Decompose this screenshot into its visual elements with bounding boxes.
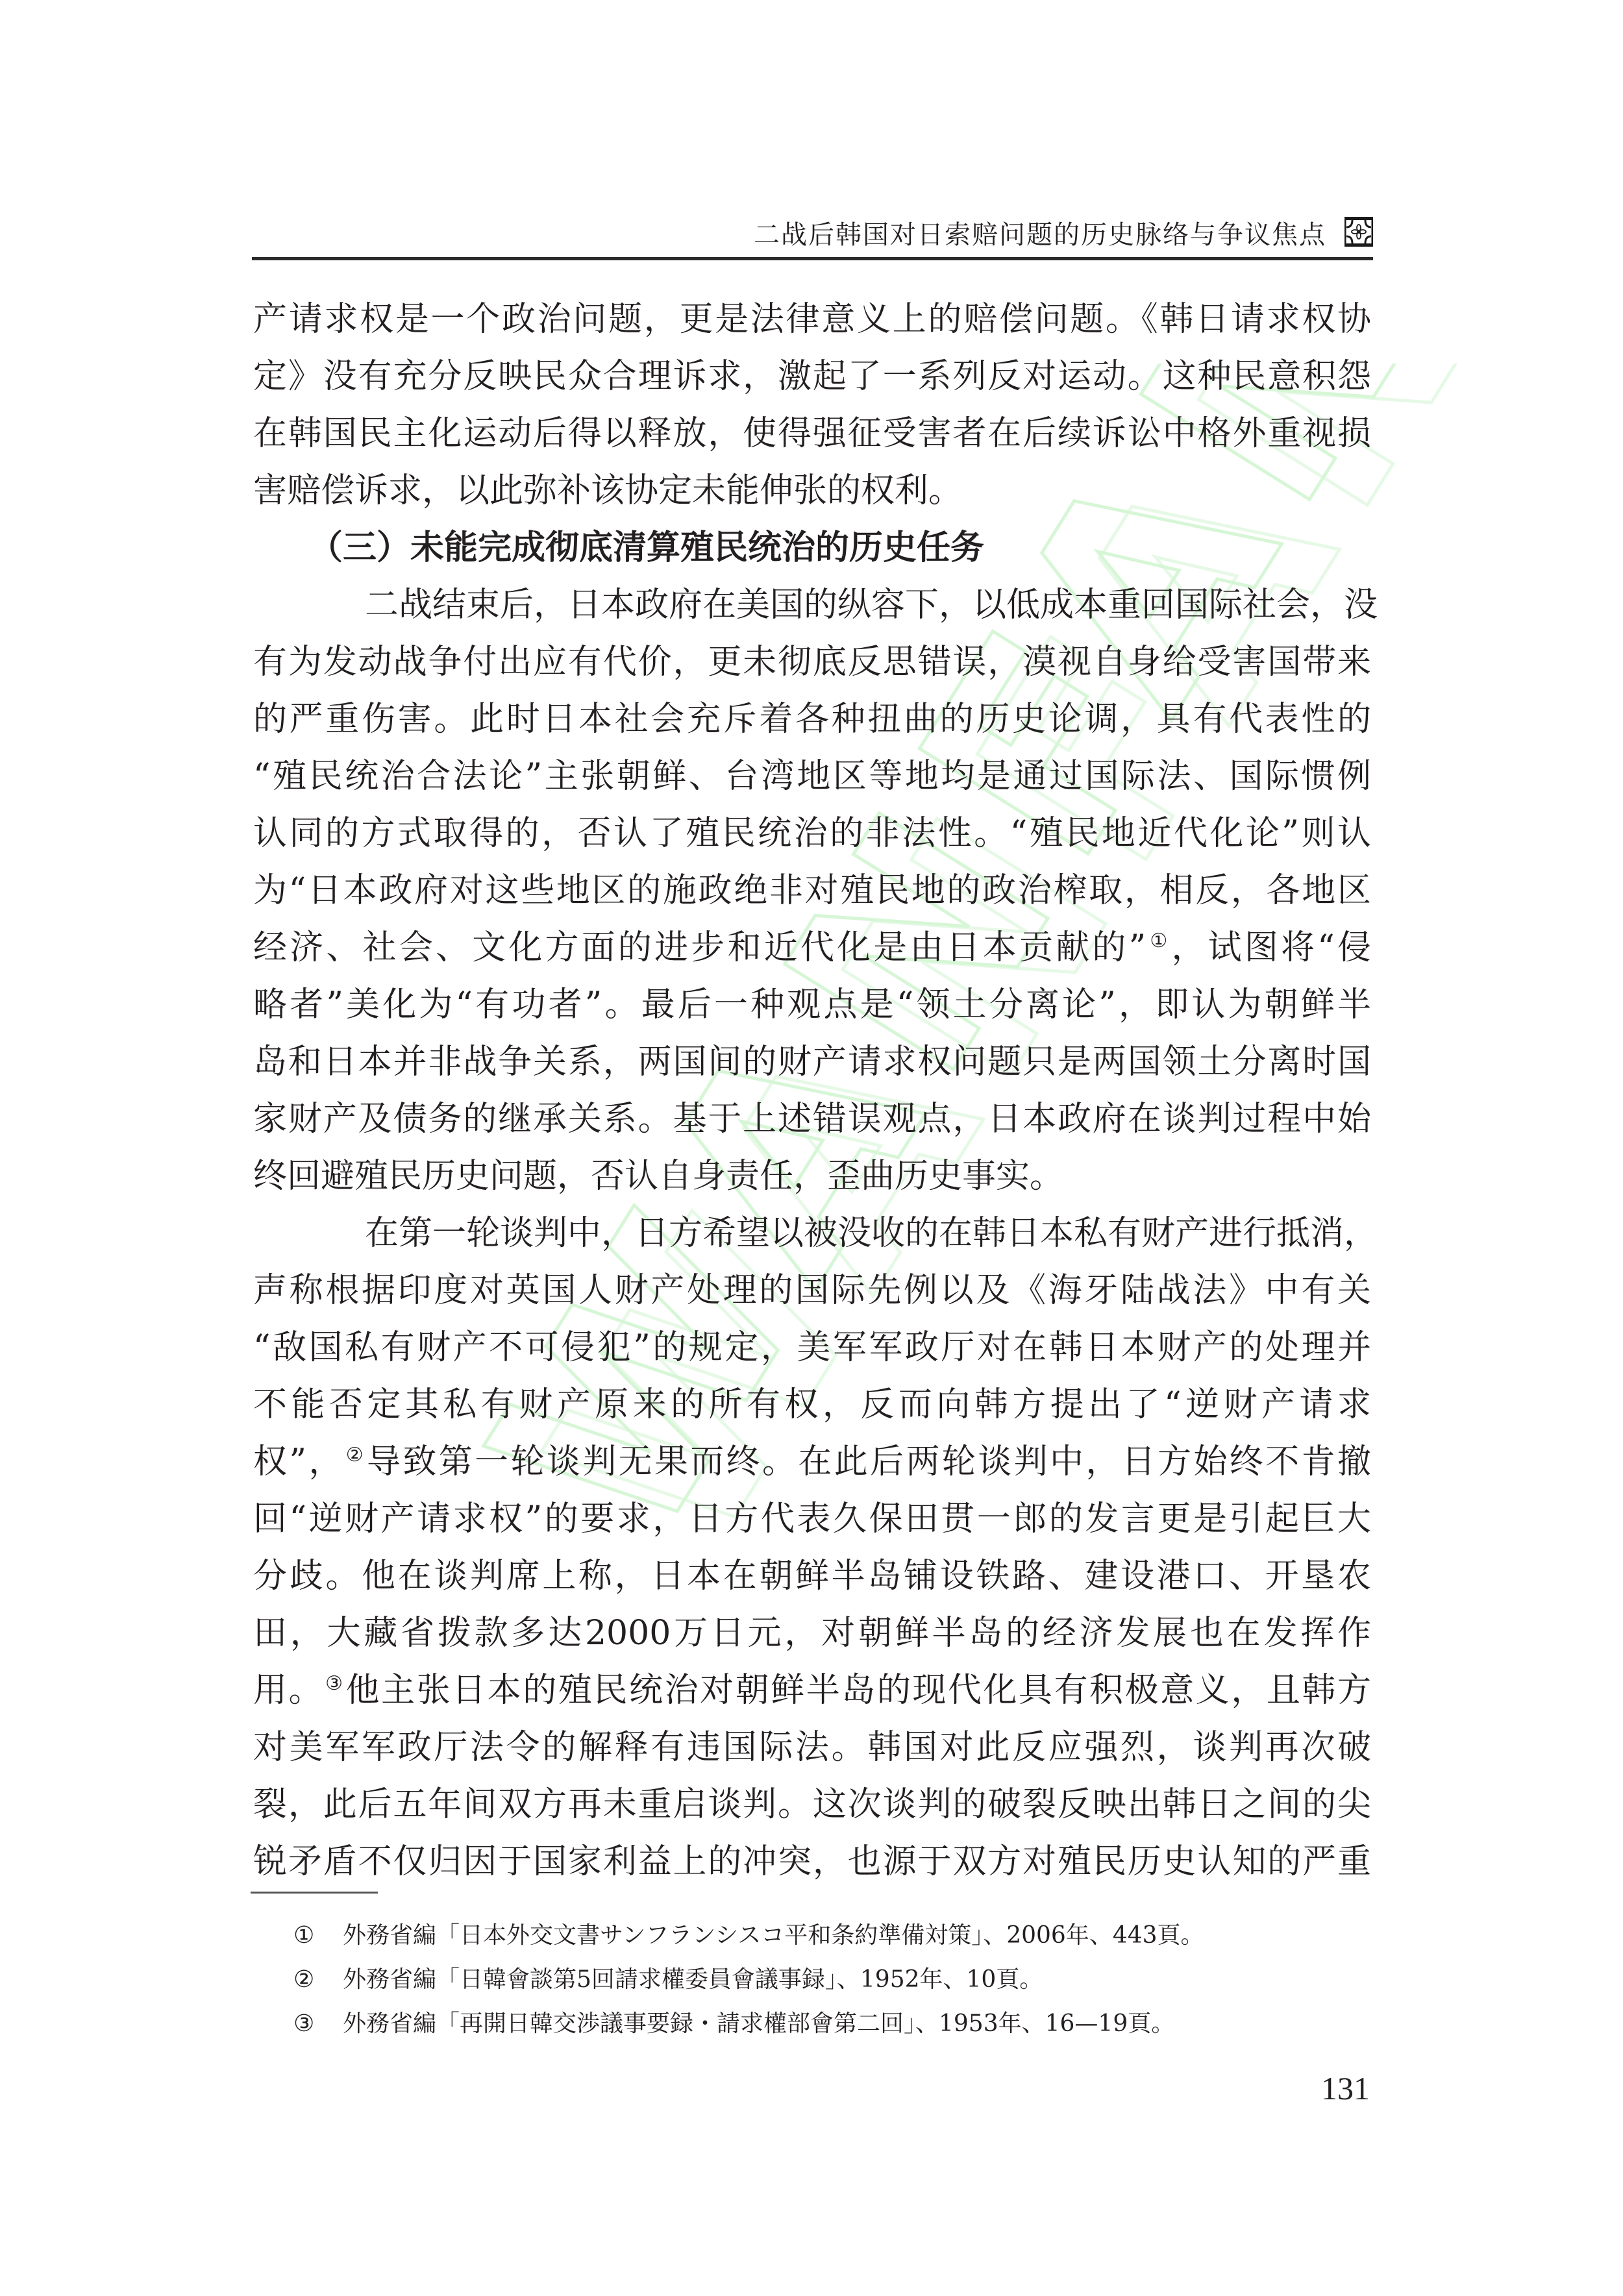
- body-text: 产请求权是一个政治问题，更是法律意义上的赔偿问题。《韩日请求权协定》没有充分反映…: [253, 291, 1371, 1890]
- footnote-reference[interactable]: ③: [325, 1672, 344, 1695]
- text-segment: ，试图将“侵: [1171, 928, 1371, 967]
- text-segment: 导致第一轮谈判无果而终。在此后两轮谈判中，日方始终不肯撤: [367, 1442, 1371, 1481]
- text-line: 回“逆财产请求权”的要求，日方代表久保田贯一郎的发言更是引起巨大: [253, 1490, 1371, 1548]
- footnote-item: ①外務省編「日本外交文書サンフランシスコ平和条約準備対策」、2006年、443頁…: [293, 1914, 1371, 1958]
- text-segment: 他主张日本的殖民统治对朝鲜半岛的现代化具有积极意义，且韩方: [346, 1671, 1371, 1710]
- text-segment: 用。: [253, 1671, 324, 1710]
- footnote-text: 外務省編「日韓會談第5回請求權委員會議事録」、1952年、10頁。: [343, 1966, 1043, 1993]
- text-line: 对美军军政厅法令的解释有违国际法。韩国对此反应强烈，谈判再次破: [253, 1719, 1371, 1776]
- footnote-reference[interactable]: ②: [346, 1444, 365, 1466]
- text-line: 略者”美化为“有功者”。最后一种观点是“领土分离论”，即认为朝鲜半: [253, 976, 1371, 1033]
- footnote-mark: ②: [293, 1958, 343, 2002]
- text-line: 锐矛盾不仅归因于国家利益上的冲突，也源于双方对殖民历史认知的严重: [253, 1833, 1371, 1890]
- text-line: 声称根据印度对英国人财产处理的国际先例以及《海牙陆战法》中有关: [253, 1262, 1371, 1319]
- text-line: 岛和日本并非战争关系，两国间的财产请求权问题只是两国领土分离时国: [253, 1033, 1371, 1091]
- footnote-mark: ③: [293, 2002, 343, 2046]
- footnote-text: 外務省編「日本外交文書サンフランシスコ平和条約準備対策」、2006年、443頁。: [343, 1922, 1204, 1949]
- footnote-reference[interactable]: ①: [1147, 930, 1170, 952]
- text-line: 在第一轮谈判中，日方希望以被没收的在韩日本私有财产进行抵消，: [253, 1205, 1371, 1262]
- footnotes: ①外務省編「日本外交文書サンフランシスコ平和条約準備対策」、2006年、443頁…: [293, 1914, 1371, 2046]
- text-line: 经济、社会、文化方面的进步和近代化是由日本贡献的”①，试图将“侵: [253, 919, 1371, 976]
- running-header-title: 二战后韩国对日索赔问题的历史脉络与争议焦点: [754, 214, 1326, 251]
- text-line: 不能否定其私有财产原来的所有权，反而向韩方提出了“逆财产请求: [253, 1376, 1371, 1433]
- floral-ornament-icon: [1344, 217, 1373, 247]
- text-line: “敌国私有财产不可侵犯”的规定，美军军政厅对在韩日本财产的处理并: [253, 1319, 1371, 1376]
- text-line: 认同的方式取得的，否认了殖民统治的非法性。“殖民地近代化论”则认: [253, 805, 1371, 862]
- running-header: 二战后韩国对日索赔问题的历史脉络与争议焦点: [252, 206, 1373, 261]
- text-segment: 经济、社会、文化方面的进步和近代化是由日本贡献的”: [253, 928, 1146, 967]
- text-line: 家财产及债务的继承关系。基于上述错误观点，日本政府在谈判过程中始: [253, 1091, 1371, 1148]
- text-line: 产请求权是一个政治问题，更是法律意义上的赔偿问题。《韩日请求权协: [253, 291, 1371, 348]
- footnote-item: ②外務省編「日韓會談第5回請求權委員會議事録」、1952年、10頁。: [293, 1958, 1371, 2002]
- section-heading: （三）未能完成彻底清算殖民统治的历史任务: [253, 519, 1371, 576]
- text-line: 害赔偿诉求，以此弥补该协定未能伸张的权利。: [253, 462, 1371, 519]
- text-line: “殖民统治合法论”主张朝鲜、台湾地区等地均是通过国际法、国际惯例: [253, 748, 1371, 805]
- footnote-text: 外務省編「再開日韓交渉議事要録・請求權部會第二回」、1953年、16—19頁。: [343, 2010, 1174, 2037]
- text-segment: 权”，: [253, 1442, 345, 1481]
- text-line: 二战结束后，日本政府在美国的纵容下，以低成本重回国际社会，没: [253, 576, 1371, 634]
- text-line: 为“日本政府对这些地区的施政绝非对殖民地的政治榨取，相反，各地区: [253, 862, 1371, 919]
- book-page: WANFANG WANFANG 二战后韩国对日索赔问题的历史脉络与争议焦点: [0, 0, 1623, 2296]
- footnote-rule: [251, 1892, 378, 1894]
- text-line: 的严重伤害。此时日本社会充斥着各种扭曲的历史论调，具有代表性的: [253, 691, 1371, 748]
- footnote-item: ③外務省編「再開日韓交渉議事要録・請求權部會第二回」、1953年、16—19頁。: [293, 2002, 1371, 2046]
- header-rule: [252, 257, 1373, 260]
- text-line: 权”，②导致第一轮谈判无果而终。在此后两轮谈判中，日方始终不肯撤: [253, 1433, 1371, 1490]
- page-number: 131: [1321, 2069, 1370, 2107]
- footnote-mark: ①: [293, 1914, 343, 1958]
- text-line: 有为发动战争付出应有代价，更未彻底反思错误，漠视自身给受害国带来: [253, 634, 1371, 691]
- text-line: 用。③他主张日本的殖民统治对朝鲜半岛的现代化具有积极意义，且韩方: [253, 1662, 1371, 1719]
- text-line: 终回避殖民历史问题，否认自身责任，歪曲历史事实。: [253, 1148, 1371, 1205]
- text-line: 分歧。他在谈判席上称，日本在朝鲜半岛铺设铁路、建设港口、开垦农: [253, 1548, 1371, 1605]
- text-line: 定》没有充分反映民众合理诉求，激起了一系列反对运动。这种民意积怨: [253, 348, 1371, 405]
- text-line: 在韩国民主化运动后得以释放，使得强征受害者在后续诉讼中格外重视损: [253, 405, 1371, 462]
- text-line: 田，大藏省拨款多达2000万日元，对朝鲜半岛的经济发展也在发挥作: [253, 1605, 1371, 1662]
- text-line: 裂，此后五年间双方再未重启谈判。这次谈判的破裂反映出韩日之间的尖: [253, 1776, 1371, 1833]
